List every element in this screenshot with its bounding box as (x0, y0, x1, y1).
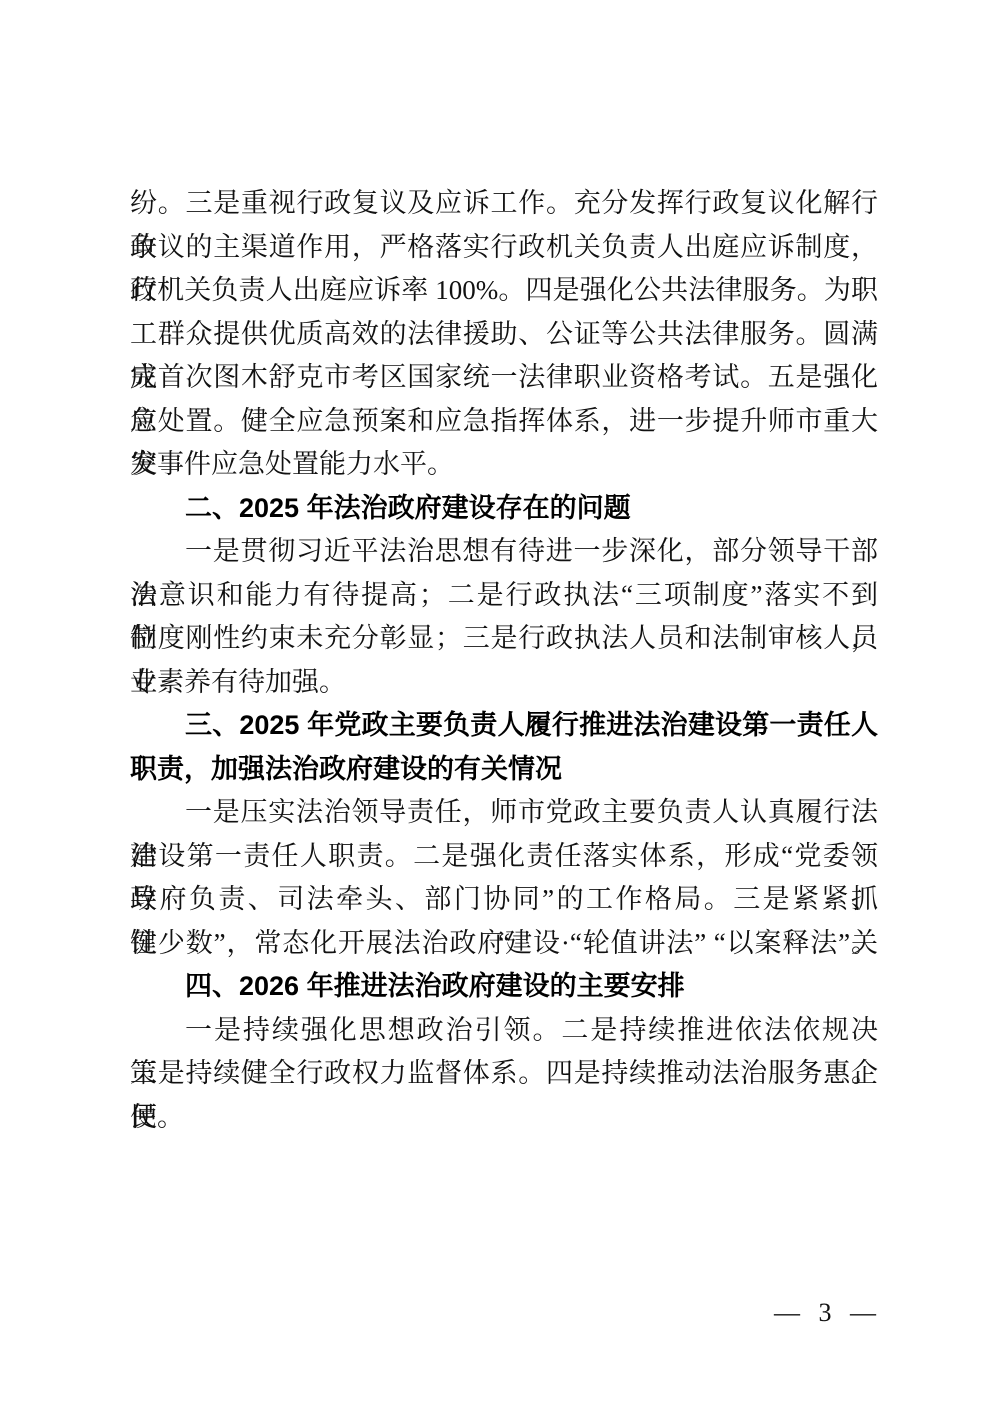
text-line: 业素养有待加强。 (130, 661, 878, 705)
text-line: 民。 (130, 1096, 878, 1140)
text-line: 键少数”，常态化开展法治政府建设·“轮值讲法” “以案释法”。 (130, 922, 878, 966)
text-line: 一是压实法治领导责任，师市党政主要负责人认真履行法治 (130, 791, 878, 835)
text-line: 政机关负责人出庭应诉率 100%。四是强化公共法律服务。为职 (130, 269, 878, 313)
text-line: 制度刚性约束未充分彰显；三是行政执法人员和法制审核人员专 (130, 617, 878, 661)
section-heading-line: 职责，加强法治政府建设的有关情况 (130, 748, 878, 792)
document-body: 纷。三是重视行政复议及应诉工作。充分发挥行政复议化解行政争议的主渠道作用，严格落… (130, 182, 878, 1139)
text-line: 治意识和能力有待提高；二是行政执法“三项制度”落实不到位， (130, 574, 878, 618)
section-heading-line: 四、2026 年推进法治政府建设的主要安排 (130, 965, 878, 1009)
text-line: 一是贯彻习近平法治思想有待进一步深化，部分领导干部法 (130, 530, 878, 574)
text-line: 成首次图木舒克市考区国家统一法律职业资格考试。五是强化应 (130, 356, 878, 400)
text-line: 一是持续强化思想政治引领。二是持续推进依法依规决策。 (130, 1009, 878, 1053)
text-line: 三是持续健全行政权力监督体系。四是持续推动法治服务惠企便 (130, 1052, 878, 1096)
text-line: 建设第一责任人职责。二是强化责任落实体系，形成“党委领导、 (130, 835, 878, 879)
document-page: 纷。三是重视行政复议及应诉工作。充分发挥行政复议化解行政争议的主渠道作用，严格落… (0, 0, 1000, 1414)
text-line: 工群众提供优质高效的法律援助、公证等公共法律服务。圆满完 (130, 313, 878, 357)
page-number: — 3 — (774, 1296, 882, 1330)
text-line: 急处置。健全应急预案和应急指挥体系，进一步提升师市重大突 (130, 400, 878, 444)
text-line: 发事件应急处置能力水平。 (130, 443, 878, 487)
section-heading-line: 三、2025 年党政主要负责人履行推进法治建设第一责任人 (130, 704, 878, 748)
text-line: 纷。三是重视行政复议及应诉工作。充分发挥行政复议化解行政 (130, 182, 878, 226)
section-heading-line: 二、2025 年法治政府建设存在的问题 (130, 487, 878, 531)
text-line: 争议的主渠道作用，严格落实行政机关负责人出庭应诉制度，行 (130, 226, 878, 270)
text-line: 政府负责、司法牵头、部门协同”的工作格局。三是紧紧抓住“关 (130, 878, 878, 922)
